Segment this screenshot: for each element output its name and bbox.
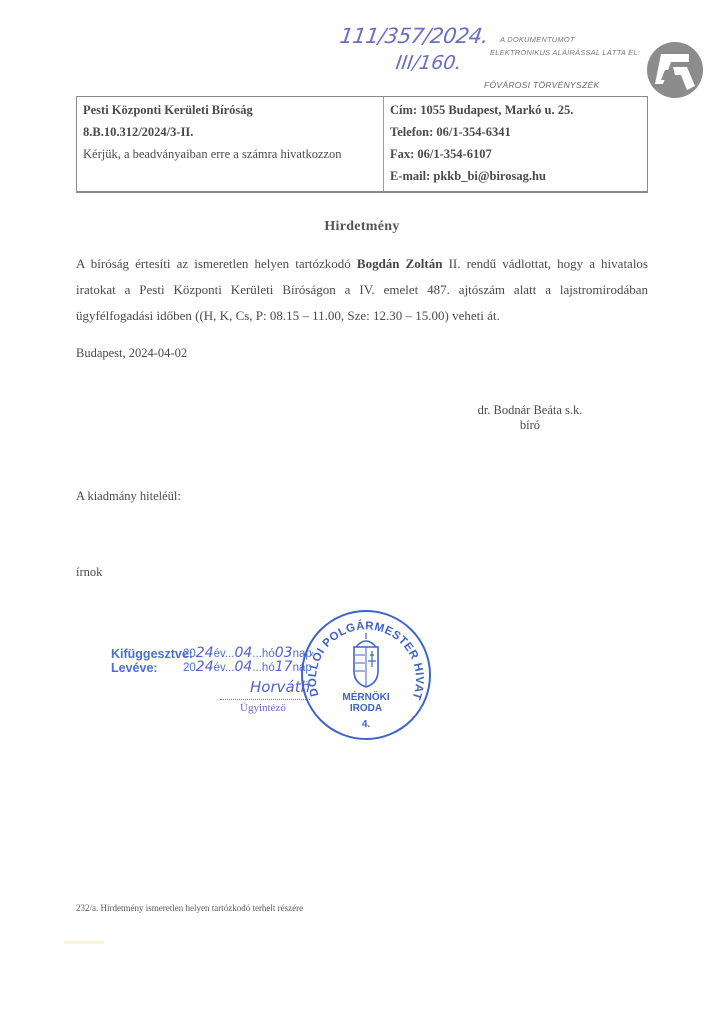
scan-smudge bbox=[64, 941, 104, 944]
administrator-label: Ügyintéző bbox=[240, 702, 286, 714]
clerk-label: írnok bbox=[76, 565, 102, 580]
court-name: Pesti Központi Kerületi Bíróság bbox=[83, 99, 342, 121]
signer-name: dr. Bodnár Beáta s.k. bbox=[470, 403, 590, 418]
contact-info: Cím: 1055 Budapest, Markó u. 25. Telefon… bbox=[390, 99, 573, 187]
coat-of-arms-icon bbox=[354, 633, 378, 687]
notice-body: A bíróság értesíti az ismeretlen helyen … bbox=[76, 251, 648, 329]
esignature-note-line2: ELEKTRONIKUS ALÁÍRÁSSAL LÁTTA EL: bbox=[490, 48, 640, 57]
stamp-number: 4. bbox=[362, 719, 371, 730]
stamp-arc-text: GÖDÖLLŐI POLGÁRMESTER HIVATAL bbox=[298, 607, 425, 701]
removed-date: 2024év...04...hó17nap bbox=[183, 659, 312, 675]
form-footer: 232/a. Hirdetmény ismeretlen helyen tart… bbox=[76, 903, 303, 913]
defendant-name: Bogdán Zoltán bbox=[357, 256, 443, 271]
court-logo-icon bbox=[645, 40, 705, 100]
signature-line bbox=[220, 699, 310, 700]
place-date: Budapest, 2024-04-02 bbox=[76, 346, 187, 361]
court-info: Pesti Központi Kerületi Bíróság 8.B.10.3… bbox=[83, 99, 342, 165]
header-divider bbox=[383, 97, 384, 191]
esignature-note-line1: A DOKUMENTUMOT bbox=[500, 35, 575, 44]
posted-label: Kifüggesztve: bbox=[111, 647, 193, 661]
stamp-line2: IRODA bbox=[350, 703, 382, 714]
court-phone: Telefon: 06/1-354-6341 bbox=[390, 121, 573, 143]
removed-year: 24 bbox=[196, 659, 214, 675]
court-email: E-mail: pkkb_bi@birosag.hu bbox=[390, 165, 573, 187]
removed-month: 04 bbox=[235, 659, 253, 675]
esignature-court: FŐVÁROSI TÖRVÉNYSZÉK bbox=[484, 80, 599, 90]
handwritten-registration-number: 111/357/2024. bbox=[338, 24, 489, 48]
header-box: Pesti Központi Kerületi Bíróság 8.B.10.3… bbox=[76, 96, 648, 193]
removed-label: Levéve: bbox=[111, 661, 158, 675]
reference-note: Kérjük, a beadványaiban erre a számra hi… bbox=[83, 143, 342, 165]
court-fax: Fax: 06/1-354-6107 bbox=[390, 143, 573, 165]
office-round-stamp: GÖDÖLLŐI POLGÁRMESTER HIVATAL MÉRNÖKI IR… bbox=[298, 607, 434, 743]
removed-day: 17 bbox=[275, 659, 293, 675]
certification-label: A kiadmány hiteléül: bbox=[76, 489, 181, 504]
notice-body-part1: A bíróság értesíti az ismeretlen helyen … bbox=[76, 256, 357, 271]
court-address: Cím: 1055 Budapest, Markó u. 25. bbox=[390, 99, 573, 121]
case-number: 8.B.10.312/2024/3-II. bbox=[83, 121, 342, 143]
svg-text:GÖDÖLLŐI POLGÁRMESTER HIVATAL: GÖDÖLLŐI POLGÁRMESTER HIVATAL bbox=[298, 607, 425, 701]
document-title: Hirdetmény bbox=[0, 219, 724, 235]
handwritten-registration-subnumber: III/160. bbox=[394, 52, 463, 74]
stamp-line1: MÉRNÖKI bbox=[342, 690, 389, 703]
signer-role: bíró bbox=[470, 418, 590, 433]
